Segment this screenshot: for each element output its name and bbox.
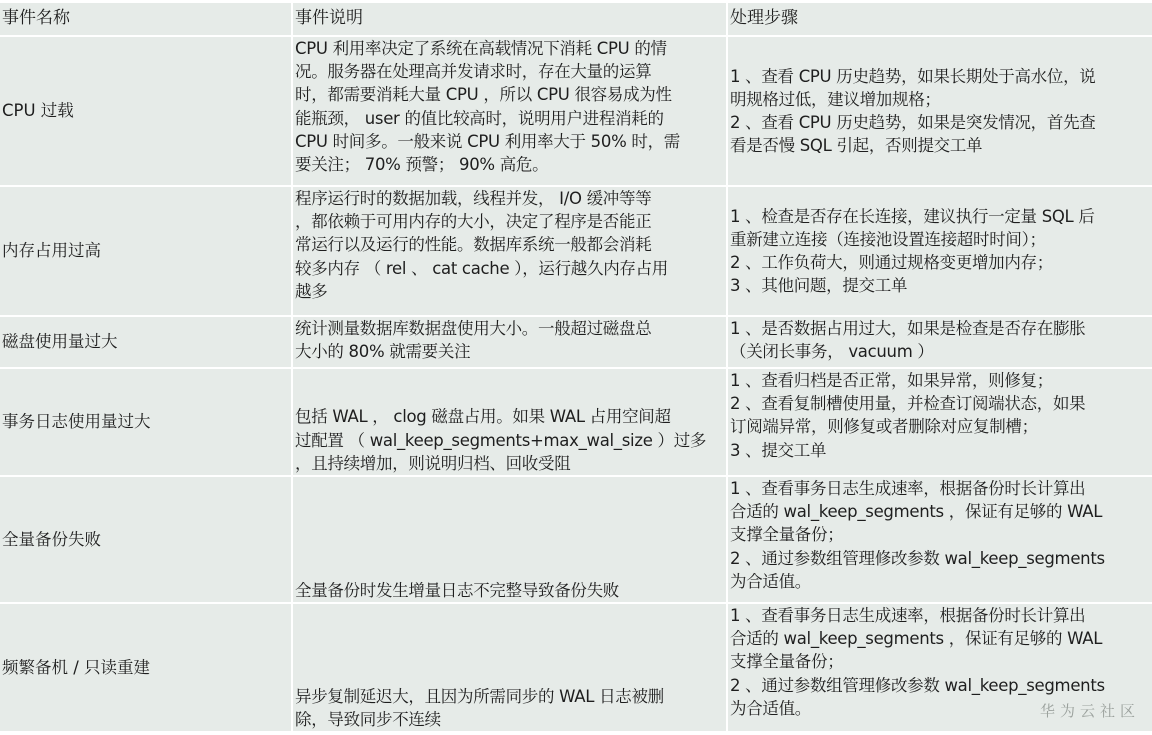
step-line: 合适的 wal_keep_segments ，保证有足够的 WAL bbox=[730, 627, 1150, 650]
description-line: 况。服务器在处理高并发请求时，存在大量的运算 bbox=[295, 60, 724, 83]
description-line: 过配置 （ wal_keep_segments+max_wal_size ）过多 bbox=[295, 429, 724, 452]
event-name-cell: 内存占用过高 bbox=[0, 187, 293, 315]
steps-cell: 1 、查看事务日志生成速率，根据备份时长计算出 合适的 wal_keep_seg… bbox=[728, 477, 1152, 602]
step-line: 3 、其他问题，提交工单 bbox=[730, 274, 1150, 297]
step-line: 明规格过低，建议增加规格； bbox=[730, 88, 1150, 111]
event-name-cell: CPU 过载 bbox=[0, 37, 293, 185]
table-row: 频繁备机 / 只读重建 异步复制延迟大，且因为所需同步的 WAL 日志被删 除，… bbox=[0, 604, 1152, 731]
step-line: 支撑全量备份； bbox=[730, 523, 1150, 546]
description-line: 除，导致同步不连续 bbox=[295, 708, 724, 731]
description-line: 能瓶颈， user 的值比较高时，说明用户进程消耗的 bbox=[295, 107, 724, 130]
table-row: 事务日志使用量过大 包括 WAL ， clog 磁盘占用。如果 WAL 占用空间… bbox=[0, 369, 1152, 477]
watermark: 华为云社区 bbox=[1040, 700, 1140, 721]
description-cell: 异步复制延迟大，且因为所需同步的 WAL 日志被删 除，导致同步不连续 bbox=[293, 604, 728, 731]
step-line: 合适的 wal_keep_segments ，保证有足够的 WAL bbox=[730, 500, 1150, 523]
table-row: CPU 过载 CPU 利用率决定了系统在高载情况下消耗 CPU 的情 况。服务器… bbox=[0, 37, 1152, 187]
event-name: CPU 过载 bbox=[2, 99, 289, 122]
steps-cell: 1 、查看 CPU 历史趋势，如果长期处于高水位，说 明规格过低，建议增加规格；… bbox=[728, 37, 1152, 185]
table-header-row: 事件名称 事件说明 处理步骤 bbox=[0, 3, 1152, 37]
step-line: 重新建立连接（连接池设置连接超时时间）； bbox=[730, 228, 1150, 251]
description-line: 异步复制延迟大，且因为所需同步的 WAL 日志被删 bbox=[295, 685, 724, 708]
step-line: 1 、查看 CPU 历史趋势，如果长期处于高水位，说 bbox=[730, 65, 1150, 88]
step-line: （关闭长事务， vacuum ） bbox=[730, 340, 1150, 363]
step-line: 订阅端异常，则修复或者删除对应复制槽； bbox=[730, 415, 1150, 438]
table-row: 磁盘使用量过大 统计测量数据库数据盘使用大小。一般超过磁盘总 大小的 80% 就… bbox=[0, 317, 1152, 369]
event-table: 事件名称 事件说明 处理步骤 CPU 过载 CPU 利用率决定了系统在高载情况下… bbox=[0, 3, 1152, 731]
event-name: 事务日志使用量过大 bbox=[2, 410, 289, 433]
event-name: 全量备份失败 bbox=[2, 528, 289, 551]
step-line: 1 、是否数据占用过大，如果是检查是否存在膨胀 bbox=[730, 317, 1150, 340]
description-line: CPU 利用率决定了系统在高载情况下消耗 CPU 的情 bbox=[295, 37, 724, 60]
event-name-cell: 全量备份失败 bbox=[0, 477, 293, 602]
header-label: 事件说明 bbox=[295, 7, 724, 30]
description-line: 常运行以及运行的性能。数据库系统一般都会消耗 bbox=[295, 233, 724, 256]
step-line: 为合适值。 bbox=[730, 570, 1150, 593]
step-line: 1 、查看归档是否正常，如果异常，则修复； bbox=[730, 369, 1150, 392]
description-cell: CPU 利用率决定了系统在高载情况下消耗 CPU 的情 况。服务器在处理高并发请… bbox=[293, 37, 728, 185]
description-line: 程序运行时的数据加载，线程并发， I/O 缓冲等等 bbox=[295, 187, 724, 210]
step-line: 1 、查看事务日志生成速率，根据备份时长计算出 bbox=[730, 477, 1150, 500]
description-line: 要关注； 70% 预警； 90% 高危。 bbox=[295, 153, 724, 176]
step-line: 2 、通过参数组管理修改参数 wal_keep_segments bbox=[730, 674, 1150, 697]
event-name-cell: 频繁备机 / 只读重建 bbox=[0, 604, 293, 731]
description-cell: 包括 WAL ， clog 磁盘占用。如果 WAL 占用空间超 过配置 （ wa… bbox=[293, 369, 728, 475]
description-line: 统计测量数据库数据盘使用大小。一般超过磁盘总 bbox=[295, 317, 724, 340]
step-line: 1 、检查是否存在长连接，建议执行一定量 SQL 后 bbox=[730, 205, 1150, 228]
table-row: 内存占用过高 程序运行时的数据加载，线程并发， I/O 缓冲等等 ，都依赖于可用… bbox=[0, 187, 1152, 317]
header-label: 事件名称 bbox=[2, 7, 289, 30]
description-line: CPU 时间多。一般来说 CPU 利用率大于 50% 时，需 bbox=[295, 130, 724, 153]
description-line: 大小的 80% 就需要关注 bbox=[295, 340, 724, 363]
description-cell: 全量备份时发生增量日志不完整导致备份失败 bbox=[293, 477, 728, 602]
step-line: 3 、提交工单 bbox=[730, 439, 1150, 462]
step-line: 1 、查看事务日志生成速率，根据备份时长计算出 bbox=[730, 604, 1150, 627]
event-name-cell: 磁盘使用量过大 bbox=[0, 317, 293, 367]
description-line: 较多内存 （ rel 、 cat cache ），运行越久内存占用 bbox=[295, 257, 724, 280]
table-row: 全量备份失败 全量备份时发生增量日志不完整导致备份失败 1 、查看事务日志生成速… bbox=[0, 477, 1152, 604]
event-name: 频繁备机 / 只读重建 bbox=[2, 656, 289, 679]
description-line: 全量备份时发生增量日志不完整导致备份失败 bbox=[295, 579, 724, 602]
description-cell: 统计测量数据库数据盘使用大小。一般超过磁盘总 大小的 80% 就需要关注 bbox=[293, 317, 728, 367]
event-name-cell: 事务日志使用量过大 bbox=[0, 369, 293, 475]
description-cell: 程序运行时的数据加载，线程并发， I/O 缓冲等等 ，都依赖于可用内存的大小，决… bbox=[293, 187, 728, 315]
steps-cell: 1 、是否数据占用过大，如果是检查是否存在膨胀 （关闭长事务， vacuum ） bbox=[728, 317, 1152, 367]
description-line: 越多 bbox=[295, 280, 724, 303]
step-line: 看是否慢 SQL 引起，否则提交工单 bbox=[730, 134, 1150, 157]
description-line: 时，都需要消耗大量 CPU ，所以 CPU 很容易成为性 bbox=[295, 83, 724, 106]
step-line: 2 、查看 CPU 历史趋势，如果是突发情况，首先查 bbox=[730, 111, 1150, 134]
steps-cell: 1 、检查是否存在长连接，建议执行一定量 SQL 后 重新建立连接（连接池设置连… bbox=[728, 187, 1152, 315]
header-event-name: 事件名称 bbox=[0, 3, 293, 35]
header-steps: 处理步骤 bbox=[728, 3, 1152, 35]
event-name: 磁盘使用量过大 bbox=[2, 330, 289, 353]
step-line: 2 、通过参数组管理修改参数 wal_keep_segments bbox=[730, 547, 1150, 570]
step-line: 支撑全量备份； bbox=[730, 650, 1150, 673]
steps-cell: 1 、查看归档是否正常，如果异常，则修复； 2 、查看复制槽使用量，并检查订阅端… bbox=[728, 369, 1152, 475]
header-event-description: 事件说明 bbox=[293, 3, 728, 35]
event-name: 内存占用过高 bbox=[2, 239, 289, 262]
description-line: ，且持续增加，则说明归档、回收受阻 bbox=[295, 452, 724, 475]
step-line: 2 、工作负荷大，则通过规格变更增加内存； bbox=[730, 251, 1150, 274]
step-line: 2 、查看复制槽使用量，并检查订阅端状态，如果 bbox=[730, 392, 1150, 415]
description-line: 包括 WAL ， clog 磁盘占用。如果 WAL 占用空间超 bbox=[295, 405, 724, 428]
header-label: 处理步骤 bbox=[730, 7, 1150, 30]
description-line: ，都依赖于可用内存的大小，决定了程序是否能正 bbox=[295, 210, 724, 233]
